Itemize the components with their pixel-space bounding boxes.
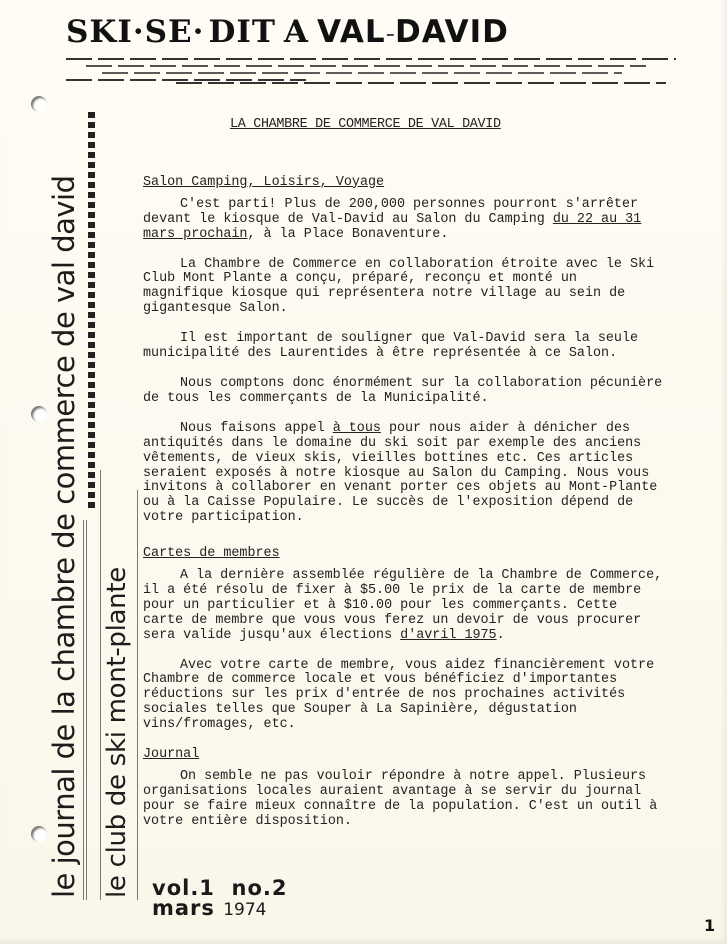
masthead-val: VAL xyxy=(317,14,386,50)
underlined-text: à tous xyxy=(333,421,381,436)
paragraph: A la dernière assemblée régulière de la … xyxy=(143,569,663,644)
masthead-hyphen: - xyxy=(386,19,395,49)
decorative-square-dots xyxy=(88,112,95,512)
section-heading: Salon Camping, Loisirs, Voyage xyxy=(143,176,663,191)
dashed-rule xyxy=(176,82,666,84)
masthead-ski: SKI xyxy=(66,14,133,50)
decorative-rule xyxy=(86,520,87,900)
sidebar-journal-title: le journal de la chambre de commerce de … xyxy=(47,175,81,898)
dashed-rule xyxy=(66,79,306,81)
issue-number: no.2 xyxy=(232,876,288,900)
dashed-rule xyxy=(102,72,622,74)
paragraph-text: . xyxy=(497,628,505,643)
masthead-david: DAVID xyxy=(395,14,509,50)
decorative-rule xyxy=(137,490,138,900)
binder-hole-top xyxy=(31,96,47,112)
dashed-rule xyxy=(66,58,676,60)
masthead-separator: · xyxy=(193,14,205,50)
underlined-text: d'avril 1975 xyxy=(400,628,496,643)
article-title: LA CHAMBRE DE COMMERCE DE VAL DAVID xyxy=(230,118,663,133)
dashed-rule xyxy=(86,65,646,67)
masthead-dashed-rules xyxy=(66,58,676,89)
masthead-dit: DIT xyxy=(208,14,275,50)
paragraph: C'est parti! Plus de 200,000 personnes p… xyxy=(143,198,663,243)
masthead-a: A xyxy=(284,14,309,50)
paragraph: Nous comptons donc énormément sur la col… xyxy=(143,377,663,407)
paragraph: Avec votre carte de membre, vous aidez f… xyxy=(143,659,663,734)
paragraph: Nous faisons appel à tous pour nous aide… xyxy=(143,422,663,526)
masthead-se: SE xyxy=(145,14,193,50)
paragraph: On semble ne pas vouloir répondre à notr… xyxy=(143,770,663,830)
paragraph-text: Nous faisons appel xyxy=(180,421,333,436)
binder-hole-middle xyxy=(31,406,47,422)
paragraph-text: pour nous aider à dénicher des antiquité… xyxy=(143,421,657,525)
sidebar-club-title: le club de ski mont-plante xyxy=(102,567,132,898)
section-membership-cards: Cartes de membres A la dernière assemblé… xyxy=(143,547,663,733)
article: LA CHAMBRE DE COMMERCE DE VAL DAVID Salo… xyxy=(143,118,663,845)
decorative-rule xyxy=(100,470,101,900)
issue-month: mars xyxy=(152,896,215,920)
paragraph: La Chambre de Commerce en collaboration … xyxy=(143,258,663,318)
masthead-title: SKI·SE· DIT A VAL-DAVID xyxy=(66,14,509,50)
issue-year: 1974 xyxy=(223,900,266,920)
decorative-rule xyxy=(83,520,84,900)
page-number: 1 xyxy=(704,916,715,935)
binder-hole-bottom xyxy=(31,826,47,842)
paragraph-text: , à la Place Bonaventure. xyxy=(247,227,448,242)
section-heading: Cartes de membres xyxy=(143,547,663,562)
issue-info: vol.1 no.2 mars 1974 xyxy=(152,878,288,920)
section-heading: Journal xyxy=(143,748,663,763)
section-journal: Journal On semble ne pas vouloir répondr… xyxy=(143,748,663,830)
paragraph: Il est important de souligner que Val-Da… xyxy=(143,332,663,362)
masthead-separator: · xyxy=(133,14,145,50)
newsletter-page: SKI·SE· DIT A VAL-DAVID le journal de la… xyxy=(0,0,727,944)
section-salon: Salon Camping, Loisirs, Voyage C'est par… xyxy=(143,176,663,526)
